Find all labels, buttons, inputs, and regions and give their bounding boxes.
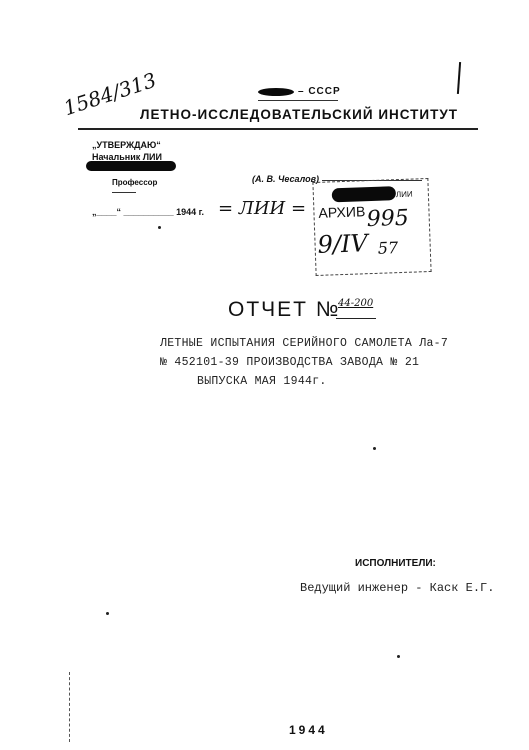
ministry-suffix: – СССР xyxy=(298,86,341,97)
stamp-date: 9/IV xyxy=(317,229,368,259)
performers-label: ИСПОЛНИТЕЛИ: xyxy=(355,558,436,569)
signer-name: (А. В. Чесалов) xyxy=(252,174,319,184)
report-subject-line: ВЫПУСКА МАЯ 1944г. xyxy=(197,375,327,388)
report-number: 44-200 xyxy=(338,298,373,309)
stamp-org: ЛИИ xyxy=(396,190,413,200)
scan-speck xyxy=(158,226,161,229)
header-rule xyxy=(78,128,478,130)
report-subject-line: ЛЕТНЫЕ ИСПЫТАНИЯ СЕРИЙНОГО САМОЛЕТА Ла-7 xyxy=(160,337,448,350)
signature-line xyxy=(112,192,136,193)
scan-speck xyxy=(397,655,400,658)
stamp-archive-label: АРХИВ xyxy=(318,203,365,221)
institute-name: ЛЕТНО-ИССЛЕДОВАТЕЛЬСКИЙ ИНСТИТУТ xyxy=(140,107,458,122)
scan-speck xyxy=(373,447,376,450)
report-title: ОТЧЕТ № xyxy=(228,298,340,322)
stamp-year: 57 xyxy=(377,238,398,258)
lead-engineer: Ведущий инженер - Каск Е.Г. xyxy=(300,581,494,595)
header-underline xyxy=(258,100,338,101)
archive-stamp: ЛИИ АРХИВ 995 9/IV 57 xyxy=(312,178,431,276)
scan-edge-mark xyxy=(69,672,71,742)
redaction-mark xyxy=(258,88,294,96)
report-number-underline xyxy=(336,318,376,319)
redaction-mark xyxy=(86,161,176,171)
stamp-number: 995 xyxy=(366,206,409,232)
report-subject-line: № 452101-39 ПРОИЗВОДСТВА ЗАВОДА № 21 xyxy=(160,356,419,369)
lii-stamp: = ЛИИ = xyxy=(218,198,306,219)
approval-label: „УТВЕРЖДАЮ“ xyxy=(92,140,161,150)
document-year: 1944 xyxy=(289,723,328,737)
margin-mark xyxy=(457,62,461,94)
scan-speck xyxy=(106,612,109,615)
title-label: Профессор xyxy=(112,178,157,187)
approval-date-line: „____“ __________ 1944 г. xyxy=(92,207,204,217)
redaction-mark xyxy=(332,186,396,202)
